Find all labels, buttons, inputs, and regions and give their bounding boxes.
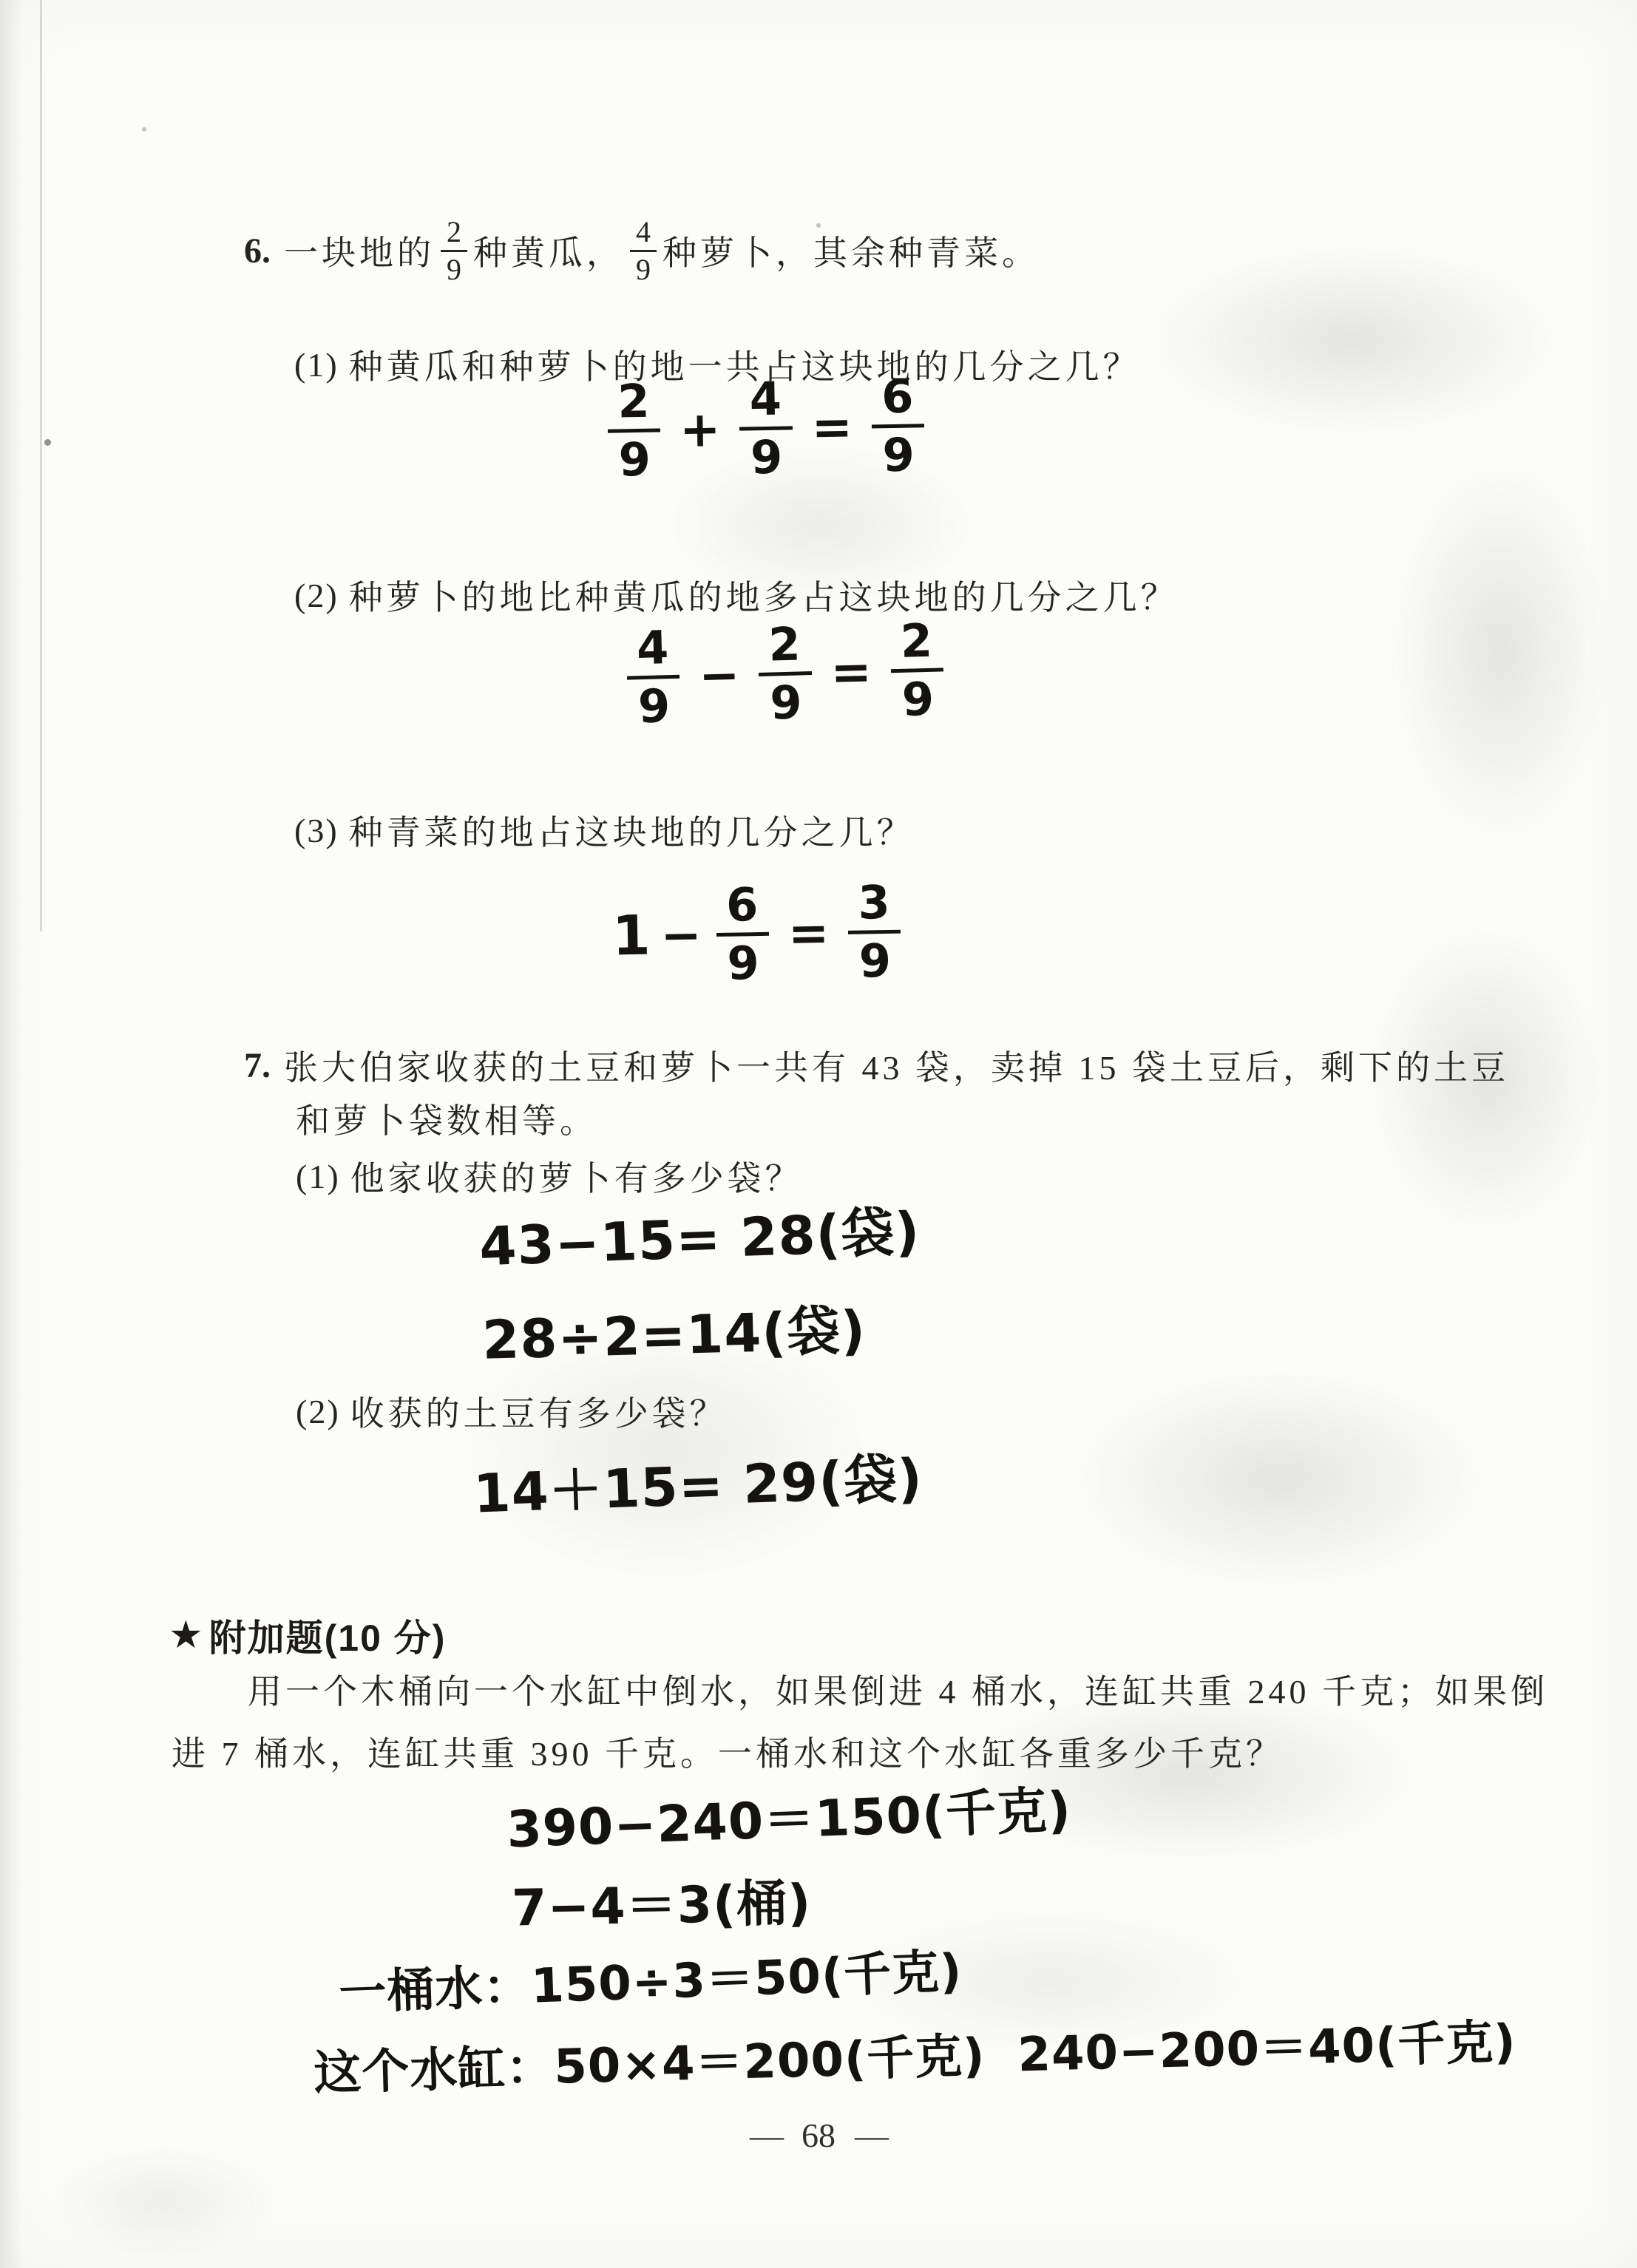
handwritten-bonus-line2: 7−4＝3(桶) (511, 1863, 812, 1940)
handwritten-answer-6-3: 1 − 6 9 = 3 9 (611, 879, 909, 989)
scan-artifact-line (40, 0, 42, 931)
stem-text: 张大伯家收获的土豆和萝卜一共有 43 袋，卖掉 15 袋土豆后，剩下的土豆 (284, 1041, 1509, 1090)
hw-fraction: 6 9 (716, 881, 770, 988)
hw-equals-sign: = (787, 904, 830, 962)
problem7-part2-question: (2) 收获的土豆有多少袋？ (296, 1387, 728, 1436)
question-text: 种青菜的地占这块地的几分之几？ (349, 806, 915, 855)
hw-fraction: 4 9 (739, 375, 793, 481)
handwritten-answer-7-2: 14＋15= 29(袋) (472, 1435, 923, 1527)
fraction-2-9: 2 9 (441, 216, 467, 285)
speck-artifact (142, 127, 146, 132)
bonus-stem-line2: 进 7 桶水，连缸共重 390 千克。一桶水和这个水缸各重多少千克？ (172, 1727, 1284, 1776)
problem6-stem-mid: 种黄瓜， (473, 226, 624, 275)
handwritten-answer-6-1: 2 9 + 4 9 = 6 9 (600, 373, 932, 483)
bleed-through-smudge (1390, 458, 1612, 843)
page-number-dash-left: — (750, 2116, 782, 2155)
hw-fraction: 2 9 (758, 620, 813, 727)
hw-minus-sign: − (698, 646, 740, 704)
problem7-stem-line1: 7. 张大伯家收获的土豆和萝卜一共有 43 袋，卖掉 15 袋土豆后，剩下的土豆 (244, 1041, 1509, 1090)
hw-fraction: 6 9 (871, 373, 926, 479)
question-text: 收获的土豆有多少袋？ (350, 1387, 728, 1436)
bleed-through-smudge (1146, 244, 1560, 436)
stem-text: 进 7 桶水，连缸共重 390 千克。一桶水和这个水缸各重多少千克？ (172, 1727, 1284, 1776)
hw-fraction: 2 9 (607, 378, 662, 484)
question-text: 他家收获的萝卜有多少袋？ (350, 1152, 803, 1201)
hw-equals-sign: = (830, 643, 872, 701)
hw-plus-sign: + (679, 401, 721, 458)
bonus-title-text: 附加题(10 分) (209, 1609, 447, 1662)
part-label: (1) (294, 345, 339, 384)
part-label: (2) (296, 1392, 340, 1431)
star-icon: ★ (169, 1613, 205, 1657)
scan-edge-shadow (0, 0, 22, 2268)
handwritten-answer-6-2: 4 9 − 2 9 = 2 9 (618, 617, 952, 730)
part-label: (2) (294, 576, 339, 615)
hw-fraction: 3 9 (847, 879, 902, 985)
handwritten-answer-7-1a: 43−15= 28(袋) (478, 1189, 921, 1281)
bleed-through-smudge (44, 2144, 281, 2262)
handwritten-answer-7-1b: 28÷2=14(袋) (481, 1287, 867, 1374)
problem6-number: 6. (244, 231, 271, 271)
page-number-dash-right: — (855, 2116, 887, 2155)
problem6-stem-suffix: 种萝卜，其余种青菜。 (662, 226, 1040, 275)
ink-dot-artifact (44, 439, 51, 446)
question-text: 种萝卜的地比种黄瓜的地多占这块地的几分之几？ (349, 571, 1179, 619)
part-label: (3) (294, 811, 339, 850)
problem7-number: 7. (244, 1045, 271, 1086)
hw-fraction: 4 9 (626, 624, 681, 730)
page-number-value: 68 (801, 2116, 836, 2155)
workbook-page: 6. 一块地的 2 9 种黄瓜， 4 9 种萝卜，其余种青菜。 (1) 种黄瓜和… (0, 0, 1637, 2268)
problem6-part2-question: (2) 种萝卜的地比种黄瓜的地多占这块地的几分之几？ (294, 571, 1179, 619)
bonus-heading: ★ 附加题(10 分) (169, 1609, 446, 1662)
problem6-stem: 6. 一块地的 2 9 种黄瓜， 4 9 种萝卜，其余种青菜。 (244, 216, 1040, 285)
stem-text: 和萝卜袋数相等。 (296, 1094, 597, 1143)
problem7-part1-question: (1) 他家收获的萝卜有多少袋？ (296, 1152, 803, 1201)
hw-equation: 这个水缸：50×4＝200(千克) (313, 2018, 986, 2104)
hw-fraction: 2 9 (889, 617, 945, 723)
problem7-stem-line2: 和萝卜袋数相等。 (296, 1094, 597, 1143)
problem6-part3-question: (3) 种青菜的地占这块地的几分之几？ (294, 806, 915, 855)
fraction-4-9: 4 9 (630, 216, 657, 285)
problem6-stem-prefix: 一块地的 (284, 226, 435, 275)
hw-equation: 240−200＝40(千克) (1017, 2004, 1517, 2085)
hw-number-one: 1 (611, 904, 651, 968)
page-number: — 68 — (750, 2116, 887, 2155)
part-label: (1) (296, 1157, 340, 1196)
hw-equals-sign: = (811, 398, 853, 456)
bleed-through-smudge (1072, 1368, 1486, 1589)
hw-minus-sign: − (660, 906, 702, 964)
stem-text: 用一个木桶向一个水缸中倒水，如果倒进 4 桶水，连缸共重 240 千克；如果倒 (248, 1665, 1548, 1714)
bonus-stem-line1: 用一个木桶向一个水缸中倒水，如果倒进 4 桶水，连缸共重 240 千克；如果倒 (248, 1665, 1548, 1714)
